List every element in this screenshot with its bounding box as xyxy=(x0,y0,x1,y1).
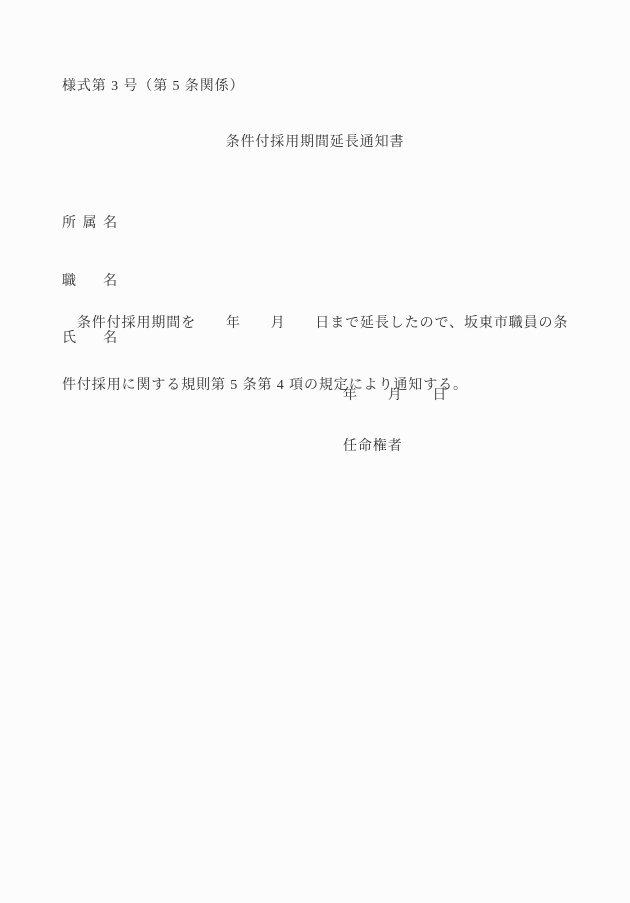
body-paragraph: 条件付採用期間を 年 月 日まで延長したので、坂東市職員の条 件付採用に関する規… xyxy=(62,277,590,433)
affiliation-label: 所属名 xyxy=(62,216,118,242)
document-title: 条件付採用期間延長通知書 xyxy=(0,135,630,151)
body-line-2: 件付採用に関する規則第 5 条第 4 項の規定により通知する。 xyxy=(62,371,590,401)
issuer-label: 任命権者 xyxy=(343,439,403,455)
document-page: 様式第 3 号（第 5 条関係） 条件付採用期間延長通知書 所属名 職名 氏名 … xyxy=(0,0,630,903)
body-line-1: 条件付採用期間を 年 月 日まで延長したので、坂東市職員の条 xyxy=(62,309,590,339)
date-line: 年 月 日 xyxy=(343,388,447,404)
form-number: 様式第 3 号（第 5 条関係） xyxy=(62,79,244,95)
